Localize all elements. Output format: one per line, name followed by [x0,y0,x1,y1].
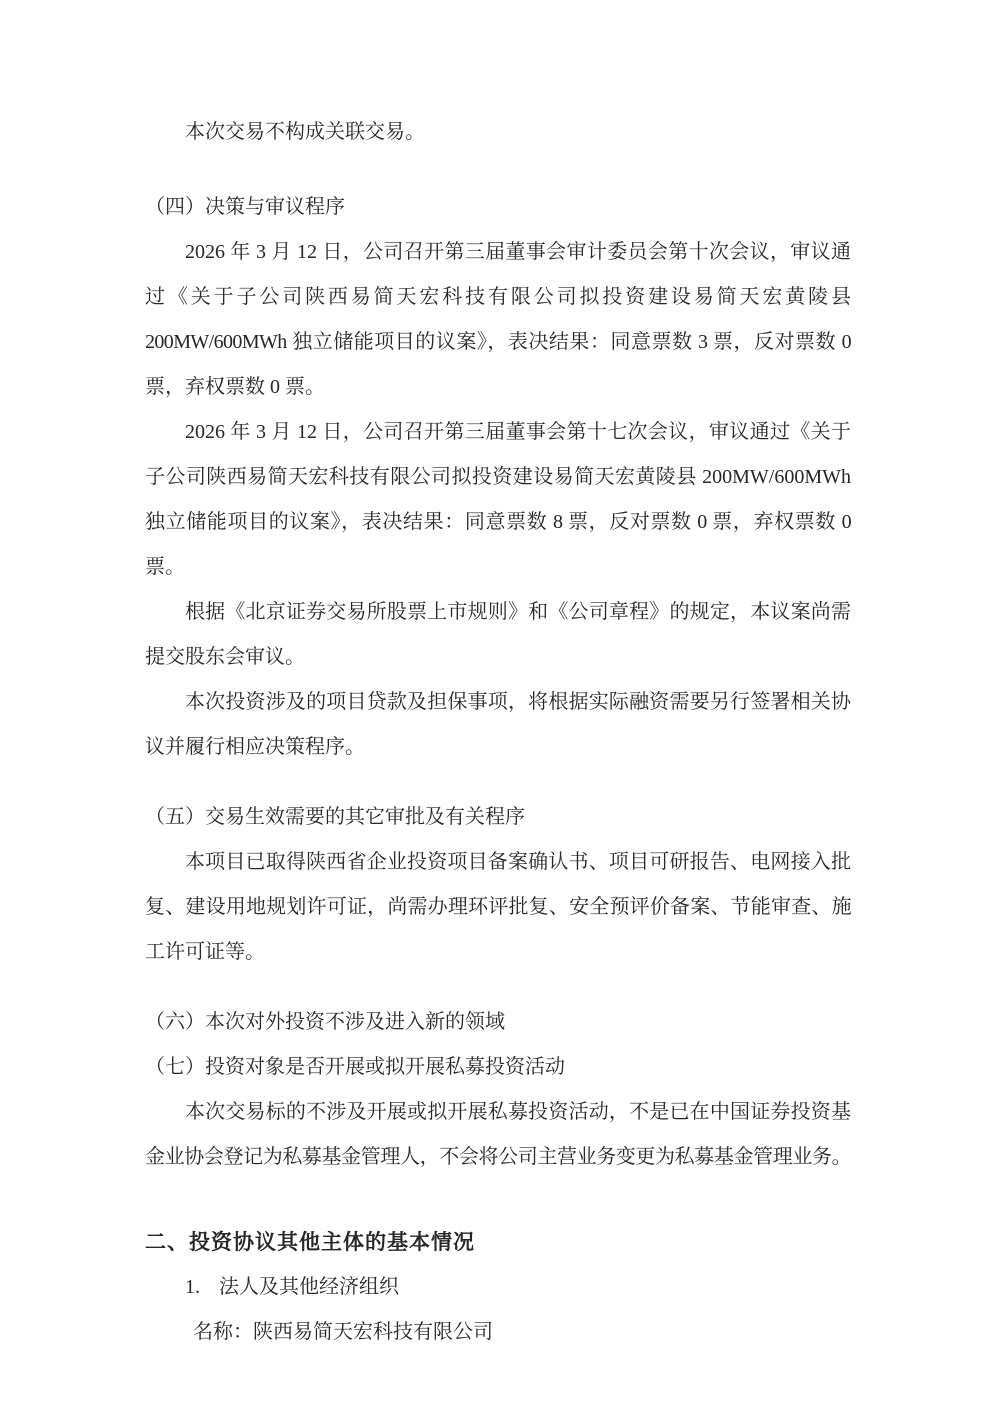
numbered-list-item: 1.法人及其他经济组织 [185,1265,851,1310]
paragraph-line: 2026 年 3 月 12 日，公司召开第三届董事会第十七次会议，审议通过《关于 [145,410,851,455]
paragraph-line: 独立储能项目的议案》，表决结果：同意票数 8 票，反对票数 0 票，弃权票数 0 [145,500,851,545]
paragraph-line: 过《关于子公司陕西易简天宏科技有限公司拟投资建设易简天宏黄陵县 [145,275,851,320]
paragraph-line: 票。 [145,545,851,590]
paragraph-line: 工许可证等。 [145,930,851,975]
document-body: 本次交易不构成关联交易。 （四）决策与审议程序 2026 年 3 月 12 日，… [145,110,851,1355]
paragraph-line: 金业协会登记为私募基金管理人，不会将公司主营业务变更为私募基金管理业务。 [145,1135,851,1180]
paragraph-line: 复、建设用地规划许可证，尚需办理环评批复、安全预评价备案、节能审查、施 [145,885,851,930]
paragraph-line: 200MW/600MWh 独立储能项目的议案》，表决结果：同意票数 3 票，反对… [145,320,851,365]
section-7-heading: （七）投资对象是否开展或拟开展私募投资活动 [145,1045,851,1090]
section-5-heading: （五）交易生效需要的其它审批及有关程序 [145,795,851,840]
intro-paragraph-line: 本次交易不构成关联交易。 [145,110,851,155]
document-page: 本次交易不构成关联交易。 （四）决策与审议程序 2026 年 3 月 12 日，… [0,0,1000,1414]
paragraph-line: 票，弃权票数 0 票。 [145,365,851,410]
section-4-heading: （四）决策与审议程序 [145,185,851,230]
list-item-label: 法人及其他经济组织 [219,1276,399,1298]
paragraph-line: 根据《北京证券交易所股票上市规则》和《公司章程》的规定，本议案尚需 [145,590,851,635]
entity-name-line: 名称：陕西易简天宏科技有限公司 [193,1310,851,1355]
paragraph-line: 2026 年 3 月 12 日，公司召开第三届董事会审计委员会第十次会议，审议通 [145,230,851,275]
paragraph-line: 本次交易标的不涉及开展或拟开展私募投资活动，不是已在中国证券投资基 [145,1090,851,1135]
paragraph-line: 子公司陕西易简天宏科技有限公司拟投资建设易简天宏黄陵县 200MW/600MWh [145,455,851,500]
paragraph-line: 本次投资涉及的项目贷款及担保事项，将根据实际融资需要另行签署相关协 [145,680,851,725]
list-item-number: 1. [185,1265,219,1310]
part-2-heading: 二、投资协议其他主体的基本情况 [145,1220,851,1265]
paragraph-line: 议并履行相应决策程序。 [145,725,851,770]
paragraph-line: 本项目已取得陕西省企业投资项目备案确认书、项目可研报告、电网接入批 [145,840,851,885]
section-6-heading: （六）本次对外投资不涉及进入新的领域 [145,1000,851,1045]
paragraph-line: 提交股东会审议。 [145,635,851,680]
